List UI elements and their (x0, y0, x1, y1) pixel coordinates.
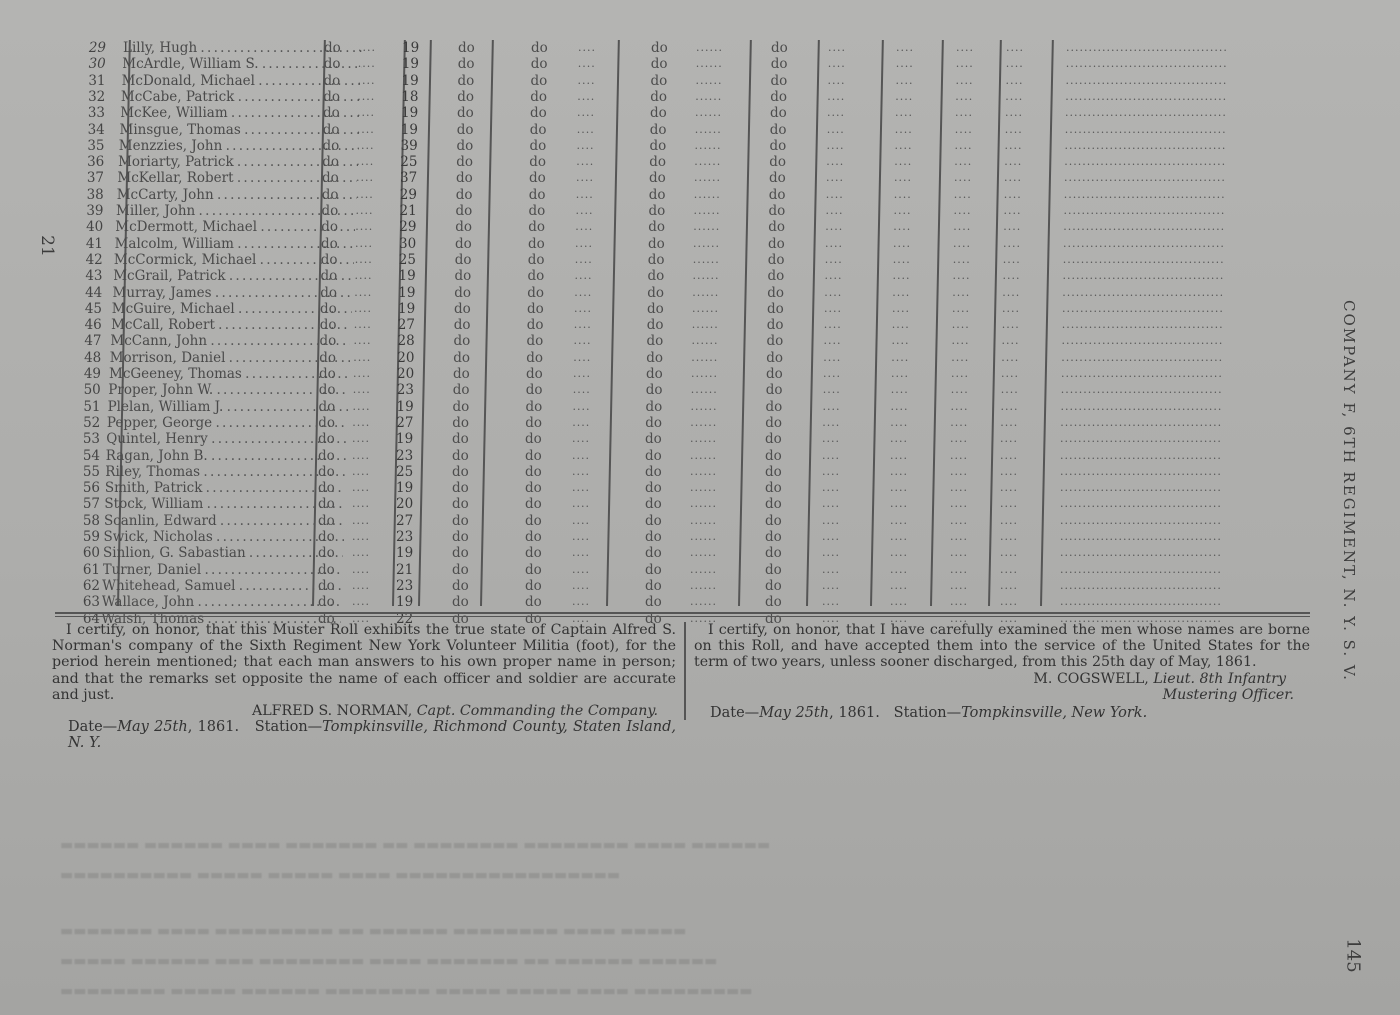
blank-dots: .... (952, 317, 970, 333)
blank-dots: .... (576, 170, 594, 186)
blank-dots: .... (572, 464, 590, 480)
blank-dots: .... (890, 513, 908, 529)
age: 19 (402, 40, 419, 56)
officer-dateline: Date—May 25th, 1861. Station—Tompkinsvil… (710, 705, 1310, 721)
blank-dots: .... (826, 154, 844, 170)
blank-dots: ...... (694, 203, 721, 219)
remarks-dots: .................................... (1061, 382, 1223, 398)
blank-dots: .... (890, 480, 908, 496)
age: 23 (397, 382, 414, 398)
blank-dots: .... (822, 594, 840, 610)
ditto-rank: do (322, 203, 339, 219)
soldier-name: McCarty, John (117, 187, 357, 203)
blank-dots: .... (823, 366, 841, 382)
table-row: 37McKellar, Robertdo....37dodo....do....… (60, 170, 1310, 186)
soldier-name: McGuire, Michael (112, 301, 352, 317)
ditto-mustered-where: do (765, 496, 782, 512)
blank-dots: .... (1002, 317, 1020, 333)
age: 19 (401, 105, 418, 121)
blank-dots: .... (891, 350, 909, 366)
row-number: 54 (52, 448, 100, 464)
remarks-dots: .................................... (1060, 578, 1222, 594)
remarks-dots: .................................... (1064, 187, 1226, 203)
blank-dots: .... (577, 89, 595, 105)
blank-dots: .... (825, 236, 843, 252)
blank-dots: .... (354, 301, 372, 317)
blank-dots: .... (950, 448, 968, 464)
blank-dots: .... (576, 154, 594, 170)
blank-dots: .... (1005, 138, 1023, 154)
age: 20 (397, 350, 414, 366)
blank-dots: .... (1003, 252, 1021, 268)
table-row: 56Smith, Patrickdo....19dodo....do......… (60, 480, 1310, 496)
ditto-enlisted-where: do (525, 448, 542, 464)
table-row: 30McArdle, William S.do....19dodo....do.… (60, 56, 1310, 72)
row-number: 52 (52, 415, 100, 431)
ditto-enlisted-where: do (531, 56, 548, 72)
ditto-rank: do (322, 154, 339, 170)
ditto-mustered-where: do (769, 203, 786, 219)
blank-dots: .... (576, 187, 594, 203)
blank-dots: .... (1000, 513, 1018, 529)
row-number: 56 (52, 480, 100, 496)
blank-dots: .... (1000, 594, 1018, 610)
ditto-enlisted-when: do (455, 268, 472, 284)
row-number: 30 (58, 56, 106, 72)
blank-dots: .... (352, 562, 370, 578)
ditto-mustered-when: do (650, 105, 667, 121)
ditto-rank: do (322, 187, 339, 203)
age: 30 (399, 236, 416, 252)
blank-dots: .... (572, 594, 590, 610)
ditto-enlisted-where: do (529, 170, 546, 186)
ditto-enlisted-when: do (452, 529, 469, 545)
blank-dots: ...... (690, 448, 717, 464)
blank-dots: .... (827, 122, 845, 138)
ditto-mustered-where: do (766, 350, 783, 366)
age: 23 (396, 578, 413, 594)
officer-date: May 25th (759, 705, 829, 721)
ditto-mustered-when: do (645, 448, 662, 464)
blank-dots: .... (572, 529, 590, 545)
soldier-name: Turner, Daniel (103, 562, 343, 578)
blank-dots: .... (573, 382, 591, 398)
row-number: 29 (58, 40, 106, 56)
table-row: 51Plelan, William J.do....19dodo....do..… (60, 399, 1310, 415)
blank-dots: .... (891, 382, 909, 398)
blank-dots: .... (1004, 154, 1022, 170)
blank-dots: .... (825, 268, 843, 284)
ditto-enlisted-when: do (458, 56, 475, 72)
remarks-dots: .................................... (1060, 431, 1222, 447)
ditto-rank: do (318, 578, 335, 594)
remarks-dots: .................................... (1060, 464, 1222, 480)
blank-dots: .... (951, 350, 969, 366)
blank-dots: .... (952, 285, 970, 301)
blank-dots: ...... (690, 415, 717, 431)
blank-dots: .... (891, 399, 909, 415)
blank-dots: .... (893, 268, 911, 284)
officer-year: , 1861. (829, 705, 880, 721)
remarks-dots: .................................... (1063, 219, 1225, 235)
blank-dots: .... (1005, 122, 1023, 138)
row-number: 33 (57, 105, 105, 121)
remarks-dots: .................................... (1064, 170, 1226, 186)
blank-dots: .... (352, 464, 370, 480)
ditto-mustered-when: do (646, 366, 663, 382)
blank-dots: ...... (694, 187, 721, 203)
remarks-dots: .................................... (1060, 594, 1222, 610)
ditto-mustered-where: do (765, 529, 782, 545)
ditto-mustered-when: do (645, 464, 662, 480)
ditto-mustered-where: do (770, 89, 787, 105)
blank-dots: .... (573, 399, 591, 415)
blank-dots: .... (352, 545, 370, 561)
ditto-enlisted-when: do (456, 187, 473, 203)
table-row: 45McGuire, Michaeldo....19dodo....do....… (60, 301, 1310, 317)
table-row: 54Ragan, John B.do....23dodo....do......… (60, 448, 1310, 464)
ditto-rank: do (318, 448, 335, 464)
soldier-name: Quintel, Henry (106, 431, 346, 447)
blank-dots: .... (952, 301, 970, 317)
blank-dots: .... (828, 73, 846, 89)
remarks-dots: .................................... (1060, 529, 1222, 545)
remarks-dots: .................................... (1066, 73, 1228, 89)
ditto-enlisted-where: do (525, 562, 542, 578)
ditto-enlisted-where: do (525, 594, 542, 610)
ditto-enlisted-where: do (525, 545, 542, 561)
blank-dots: .... (822, 545, 840, 561)
remarks-dots: .................................... (1061, 350, 1223, 366)
table-row: 33McKee, Williamdo....19dodo....do......… (60, 105, 1310, 121)
table-row: 35Menzzies, Johndo....39dodo....do......… (60, 138, 1310, 154)
blank-dots: ...... (691, 399, 718, 415)
ditto-mustered-where: do (770, 122, 787, 138)
side-title: COMPANY F, 6TH REGIMENT, N. Y. S. V. (1340, 300, 1358, 682)
soldier-name: Ragan, John B. (106, 448, 346, 464)
blank-dots: .... (353, 350, 371, 366)
ditto-enlisted-where: do (525, 415, 542, 431)
blank-dots: .... (822, 480, 840, 496)
officer-signer-title: Lieut. 8th Infantry (1153, 671, 1286, 687)
blank-dots: .... (822, 431, 840, 447)
soldier-name: McCall, Robert (111, 317, 351, 333)
table-row: 62Whitehead, Samueldo....23dodo....do...… (60, 578, 1310, 594)
ditto-rank: do (318, 480, 335, 496)
ditto-enlisted-where: do (525, 480, 542, 496)
blank-dots: .... (575, 252, 593, 268)
blank-dots: .... (1000, 431, 1018, 447)
right-page-number: 145 (1343, 938, 1364, 972)
age: 25 (396, 464, 413, 480)
blank-dots: .... (950, 545, 968, 561)
ditto-enlisted-where: do (525, 578, 542, 594)
blank-dots: .... (826, 203, 844, 219)
ditto-mustered-where: do (765, 513, 782, 529)
ditto-rank: do (323, 89, 340, 105)
ditto-enlisted-where: do (526, 382, 543, 398)
row-number: 34 (57, 122, 105, 138)
table-row: 50Proper, John W.do....23dodo....do.....… (60, 382, 1310, 398)
blank-dots: .... (577, 138, 595, 154)
ditto-enlisted-where: do (527, 285, 544, 301)
blank-dots: ...... (696, 56, 723, 72)
blank-dots: .... (1004, 203, 1022, 219)
ditto-enlisted-where: do (528, 252, 545, 268)
blank-dots: .... (352, 496, 370, 512)
blank-dots: .... (572, 562, 590, 578)
blank-dots: .... (1005, 105, 1023, 121)
ditto-enlisted-where: do (528, 268, 545, 284)
blank-dots: .... (1000, 529, 1018, 545)
ditto-rank: do (318, 415, 335, 431)
blank-dots: .... (956, 40, 974, 56)
blank-dots: .... (577, 105, 595, 121)
ditto-mustered-when: do (648, 268, 665, 284)
blank-dots: .... (896, 56, 914, 72)
row-number: 50 (53, 382, 101, 398)
blank-dots: .... (1006, 40, 1024, 56)
table-row: 29Lilly, Hughdo....19dodo....do......do.… (60, 40, 1310, 56)
blank-dots: .... (356, 203, 374, 219)
table-row: 38McCarty, Johndo....29dodo....do......d… (60, 187, 1310, 203)
blank-dots: .... (355, 219, 373, 235)
blank-dots: .... (357, 105, 375, 121)
ditto-enlisted-when: do (456, 154, 473, 170)
ditto-rank: do (320, 285, 337, 301)
row-number: 57 (52, 496, 100, 512)
blank-dots: .... (890, 562, 908, 578)
ditto-mustered-where: do (768, 252, 785, 268)
blank-dots: .... (1000, 562, 1018, 578)
blank-dots: .... (822, 448, 840, 464)
ditto-mustered-when: do (650, 122, 667, 138)
blank-dots: .... (352, 480, 370, 496)
remarks-dots: .................................... (1060, 480, 1222, 496)
remarks-dots: .................................... (1060, 513, 1222, 529)
blank-dots: .... (827, 89, 845, 105)
blank-dots: ...... (690, 562, 717, 578)
table-row: 32McCabe, Patrickdo....18dodo....do.....… (60, 89, 1310, 105)
blank-dots: .... (953, 219, 971, 235)
reverse-page-show-through: ▬▬▬▬▬▬▬▬ ▬▬▬▬▬ ▬▬▬▬▬▬ ▬▬▬▬▬▬▬▬ ▬▬▬▬▬ ▬▬▬… (60, 730, 1320, 1010)
ditto-rank: do (323, 105, 340, 121)
blank-dots: .... (1001, 366, 1019, 382)
blank-dots: .... (357, 89, 375, 105)
blank-dots: .... (822, 578, 840, 594)
blank-dots: ...... (692, 301, 719, 317)
ditto-mustered-when: do (645, 562, 662, 578)
age: 27 (396, 513, 413, 529)
blank-dots: .... (891, 366, 909, 382)
ditto-mustered-where: do (765, 562, 782, 578)
blank-dots: .... (955, 89, 973, 105)
ditto-enlisted-when: do (452, 431, 469, 447)
blank-dots: ...... (691, 350, 718, 366)
blank-dots: .... (895, 105, 913, 121)
ditto-mustered-when: do (648, 252, 665, 268)
ditto-enlisted-where: do (531, 73, 548, 89)
table-row: 39Miller, Johndo....21dodo....do......do… (60, 203, 1310, 219)
blank-dots: .... (578, 56, 596, 72)
ditto-enlisted-when: do (452, 448, 469, 464)
table-row: 42McCormick, Michaeldo....25dodo....do..… (60, 252, 1310, 268)
soldier-name: Plelan, William J. (108, 399, 348, 415)
blank-dots: .... (823, 350, 841, 366)
ditto-rank: do (324, 56, 341, 72)
blank-dots: .... (352, 513, 370, 529)
blank-dots: .... (357, 122, 375, 138)
remarks-dots: .................................... (1062, 301, 1224, 317)
blank-dots: .... (824, 333, 842, 349)
blank-dots: .... (954, 203, 972, 219)
row-number: 55 (52, 464, 100, 480)
ditto-mustered-when: do (649, 187, 666, 203)
ditto-enlisted-when: do (457, 122, 474, 138)
blank-dots: ...... (692, 317, 719, 333)
ditto-enlisted-when: do (456, 170, 473, 186)
age: 19 (399, 268, 416, 284)
muster-roll-page: 21 COMPANY F, 6TH REGIMENT, N. Y. S. V. … (0, 0, 1400, 1015)
blank-dots: .... (1002, 301, 1020, 317)
age: 25 (399, 252, 416, 268)
blank-dots: .... (892, 333, 910, 349)
ditto-enlisted-where: do (529, 187, 546, 203)
row-number: 63 (52, 594, 100, 610)
row-number: 41 (55, 236, 103, 252)
blank-dots: .... (890, 448, 908, 464)
officer-signature: M. COGSWELL, Lieut. 8th Infantry (694, 671, 1286, 687)
blank-dots: .... (1002, 285, 1020, 301)
blank-dots: .... (950, 529, 968, 545)
ditto-mustered-when: do (645, 578, 662, 594)
remarks-dots: .................................... (1060, 415, 1222, 431)
blank-dots: .... (953, 268, 971, 284)
blank-dots: ...... (695, 138, 722, 154)
blank-dots: .... (574, 317, 592, 333)
ditto-enlisted-when: do (452, 464, 469, 480)
ditto-mustered-where: do (767, 285, 784, 301)
blank-dots: ...... (690, 594, 717, 610)
row-number: 40 (55, 219, 103, 235)
ditto-rank: do (318, 496, 335, 512)
blank-dots: .... (354, 285, 372, 301)
ditto-enlisted-where: do (531, 40, 548, 56)
ditto-rank: do (323, 122, 340, 138)
blank-dots: .... (356, 187, 374, 203)
blank-dots: .... (353, 399, 371, 415)
blank-dots: .... (574, 333, 592, 349)
remarks-dots: .................................... (1060, 448, 1222, 464)
blank-dots: .... (953, 252, 971, 268)
blank-dots: ...... (690, 513, 717, 529)
blank-dots: .... (950, 578, 968, 594)
blank-dots: .... (1003, 219, 1021, 235)
row-number: 32 (57, 89, 105, 105)
row-number: 48 (53, 350, 101, 366)
ditto-enlisted-when: do (454, 301, 471, 317)
ditto-rank: do (319, 366, 336, 382)
ditto-mustered-when: do (646, 350, 663, 366)
age: 27 (398, 317, 415, 333)
blank-dots: ...... (693, 268, 720, 284)
table-row: 34Minsgue, Thomasdo....19dodo....do.....… (60, 122, 1310, 138)
blank-dots: .... (950, 594, 968, 610)
blank-dots: ...... (695, 122, 722, 138)
blank-dots: .... (950, 464, 968, 480)
ditto-mustered-when: do (645, 415, 662, 431)
blank-dots: .... (950, 513, 968, 529)
ditto-mustered-where: do (769, 170, 786, 186)
blank-dots: ...... (690, 496, 717, 512)
ditto-mustered-where: do (767, 301, 784, 317)
blank-dots: ...... (692, 285, 719, 301)
blank-dots: .... (950, 415, 968, 431)
remarks-dots: .................................... (1062, 317, 1224, 333)
ditto-mustered-where: do (768, 219, 785, 235)
blank-dots: .... (955, 105, 973, 121)
ditto-rank: do (320, 301, 337, 317)
table-row: 58Scanlin, Edwarddo....27dodo....do.....… (60, 513, 1310, 529)
ditto-enlisted-when: do (455, 236, 472, 252)
row-number: 53 (52, 431, 100, 447)
table-row: 41Malcolm, Williamdo....30dodo....do....… (60, 236, 1310, 252)
blank-dots: ...... (694, 154, 721, 170)
blank-dots: .... (1003, 236, 1021, 252)
ditto-enlisted-where: do (525, 529, 542, 545)
blank-dots: .... (572, 496, 590, 512)
blank-dots: .... (572, 513, 590, 529)
ditto-mustered-when: do (647, 333, 664, 349)
blank-dots: .... (353, 366, 371, 382)
ditto-rank: do (322, 170, 339, 186)
blank-dots: ...... (690, 464, 717, 480)
ditto-enlisted-when: do (452, 513, 469, 529)
blank-dots: .... (892, 301, 910, 317)
blank-dots: ...... (692, 333, 719, 349)
blank-dots: .... (951, 399, 969, 415)
ditto-mustered-where: do (766, 382, 783, 398)
blank-dots: .... (1003, 268, 1021, 284)
remarks-dots: .................................... (1060, 496, 1222, 512)
ditto-mustered-when: do (645, 529, 662, 545)
row-number: 31 (58, 73, 106, 89)
blank-dots: .... (824, 301, 842, 317)
ditto-mustered-where: do (769, 154, 786, 170)
blank-dots: .... (822, 562, 840, 578)
age: 19 (398, 301, 415, 317)
soldier-name: Smith, Patrick (105, 480, 345, 496)
blank-dots: .... (1002, 333, 1020, 349)
ditto-enlisted-when: do (454, 317, 471, 333)
ditto-enlisted-when: do (453, 350, 470, 366)
ditto-mustered-where: do (770, 138, 787, 154)
remarks-dots: .................................... (1060, 562, 1222, 578)
ditto-enlisted-when: do (452, 545, 469, 561)
blank-dots: .... (356, 170, 374, 186)
ditto-enlisted-when: do (458, 73, 475, 89)
table-row: 40McDermott, Michaeldo....29dodo....do..… (60, 219, 1310, 235)
blank-dots: ...... (695, 89, 722, 105)
ditto-enlisted-when: do (453, 366, 470, 382)
blank-dots: .... (353, 382, 371, 398)
ditto-enlisted-where: do (530, 105, 547, 121)
ditto-rank: do (321, 252, 338, 268)
blank-dots: .... (895, 89, 913, 105)
captain-signer-title: Capt. Commanding the Company. (417, 703, 658, 719)
ditto-rank: do (324, 40, 341, 56)
soldier-name: Scanlin, Edward (104, 513, 344, 529)
